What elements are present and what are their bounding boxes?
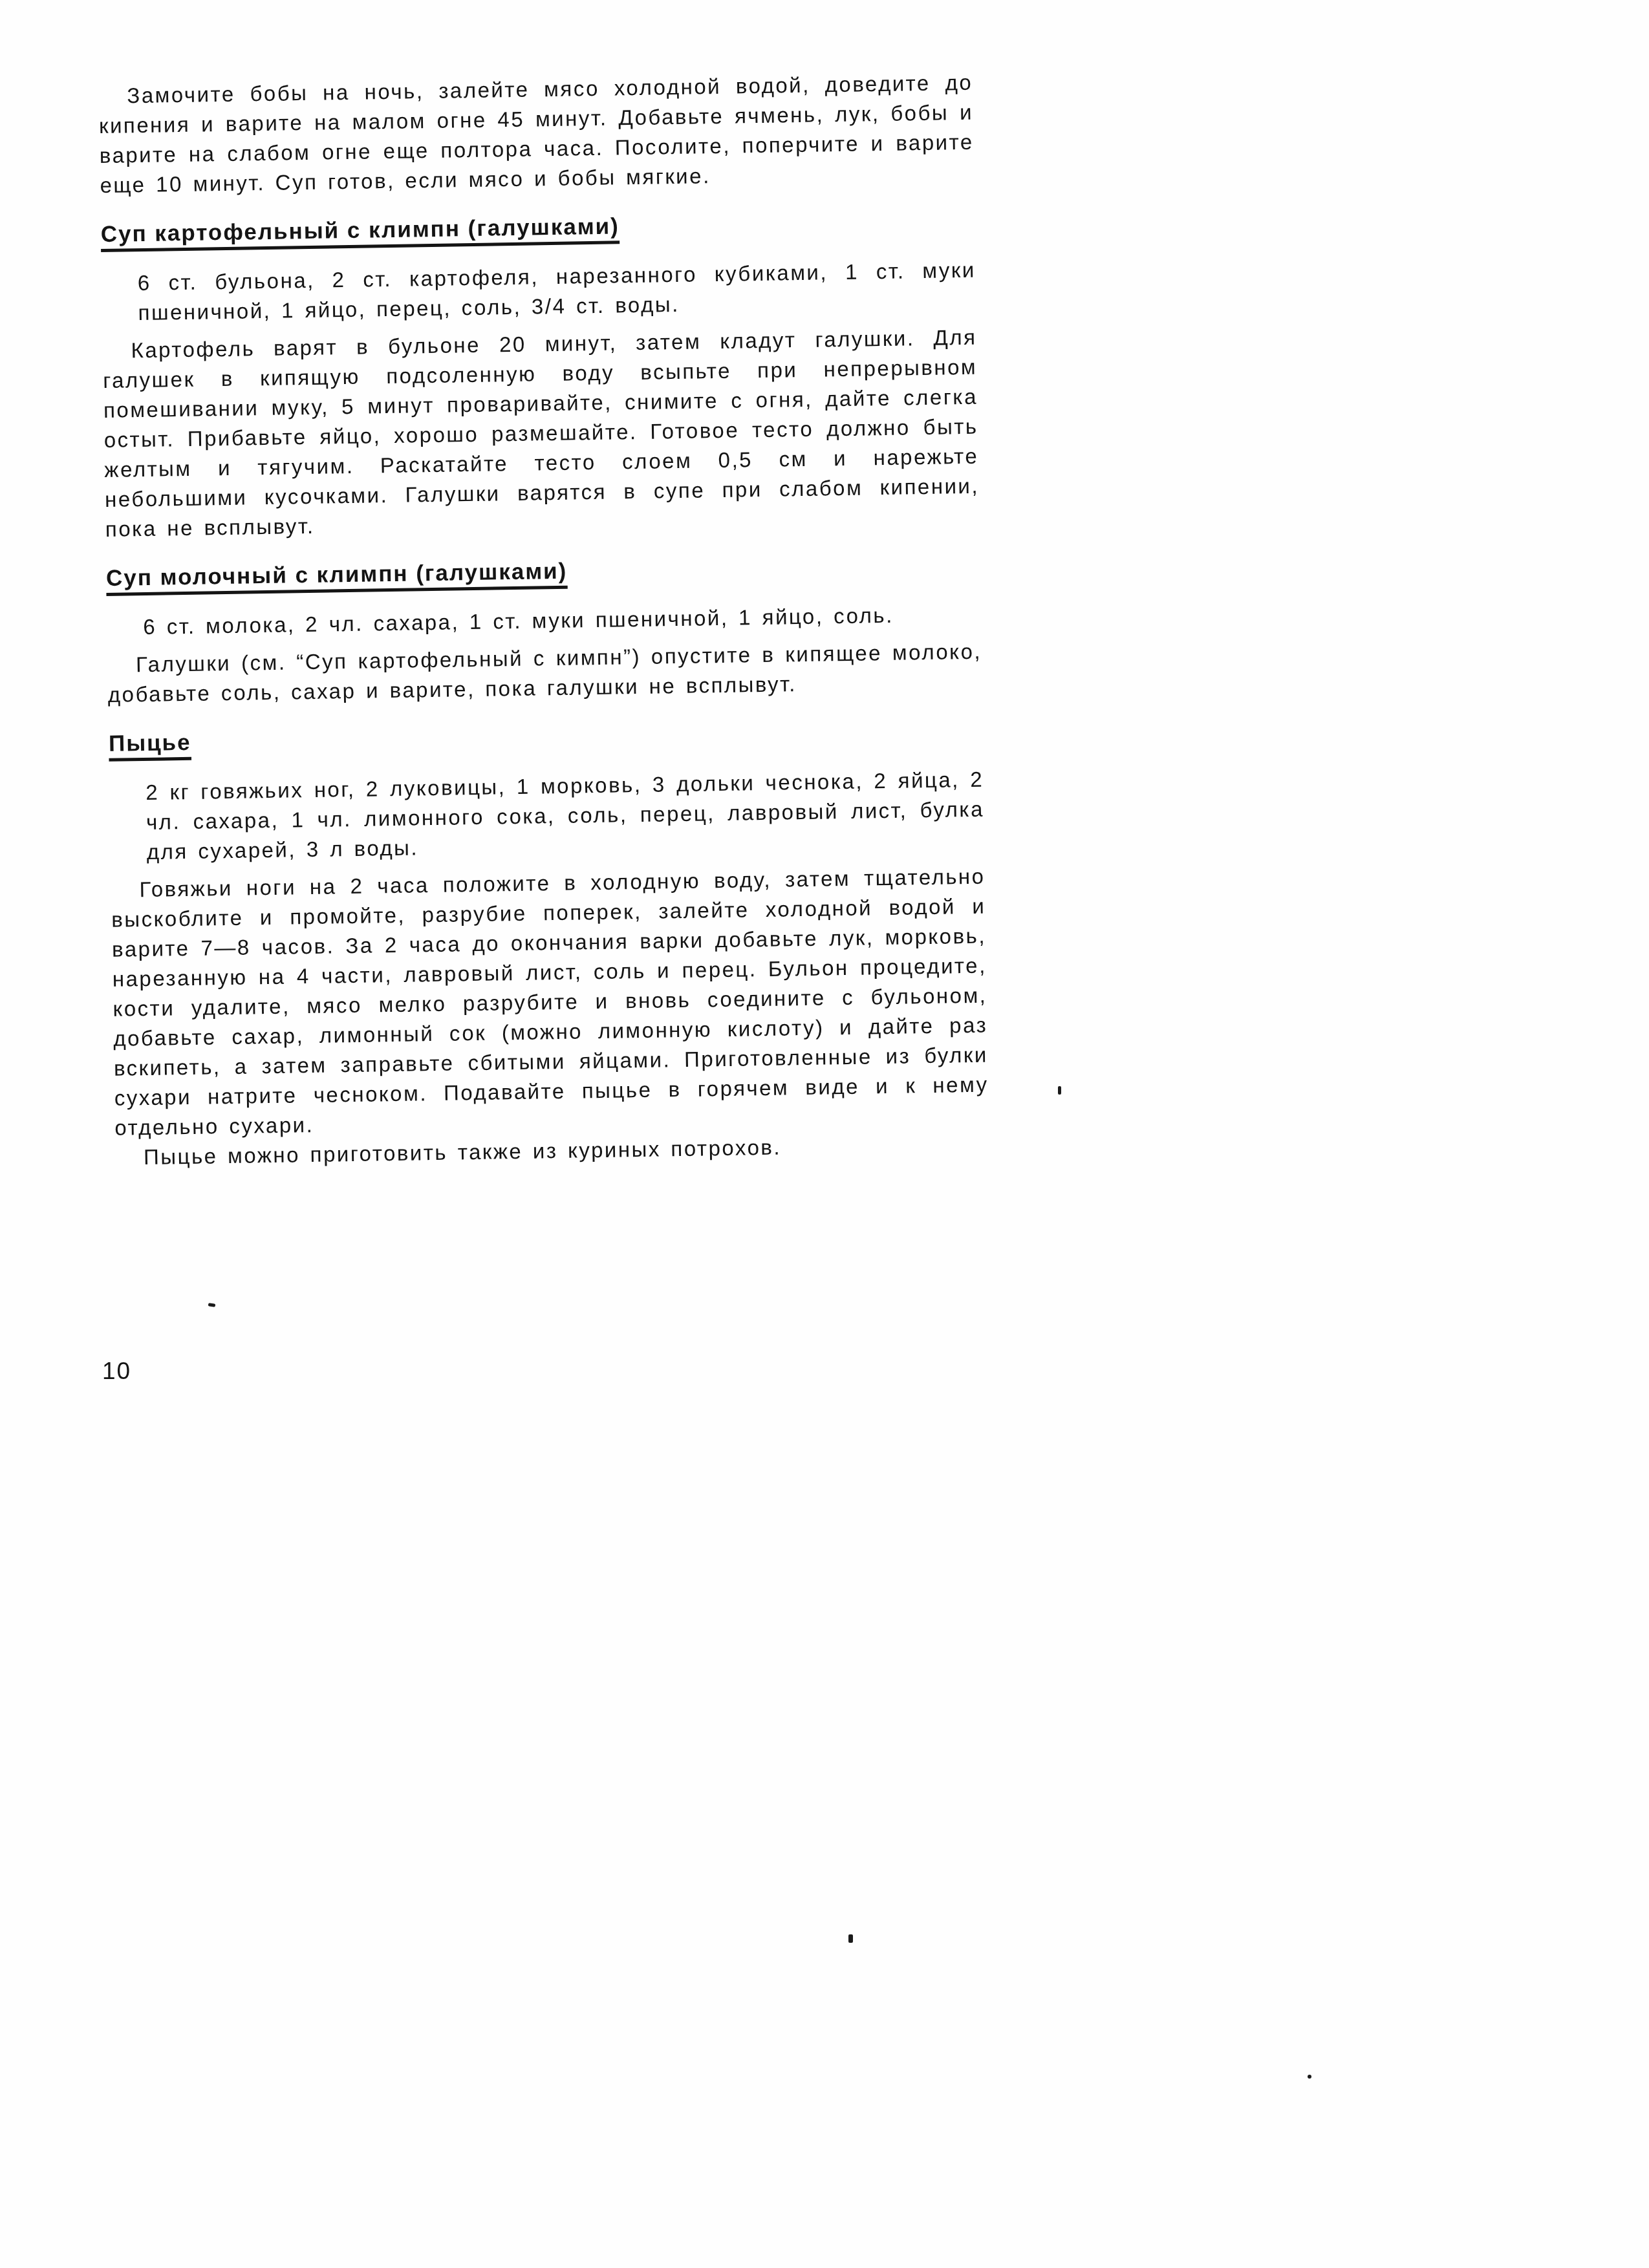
heading-milk-soup-label: Суп молочный с климпн (галушками) <box>106 559 568 591</box>
paragraph-potato-soup-instructions: Картофель варят в бульоне 20 минут, зате… <box>102 323 980 544</box>
heading-potato-soup-label: Суп картофельный с климпн (галушками) <box>100 213 620 247</box>
paragraph-pytsye-instructions: Говяжьи ноги на 2 часа положите в холодн… <box>111 862 989 1143</box>
scan-speck <box>208 1303 216 1307</box>
ingredients-potato-soup: 6 ст. бульона, 2 ст. картофеля, нарезанн… <box>138 255 976 328</box>
heading-milk-soup-with-klimpn: Суп молочный с климпн (галушками) <box>106 550 981 594</box>
heading-pytsye: Пыцье <box>109 716 984 759</box>
text-column: Замочите бобы на ночь, залейте мясо холо… <box>98 68 989 1173</box>
heading-pytsye-label: Пыцье <box>109 730 191 756</box>
paragraph-milk-soup-instructions: Галушки (см. “Суп картофельный с кимпн”)… <box>107 637 982 710</box>
page-number: 10 <box>102 1358 131 1385</box>
paragraph-bean-soup-instructions: Замочите бобы на ночь, залейте мясо холо… <box>98 68 975 200</box>
scan-speck <box>848 1934 853 1943</box>
scan-speck <box>1058 1086 1061 1095</box>
ingredients-pytsye: 2 кг говяжьих ног, 2 луковицы, 1 морковь… <box>145 765 985 867</box>
scan-speck <box>1308 2075 1311 2079</box>
scanned-cookbook-page: Замочите бобы на ночь, залейте мясо холо… <box>0 0 1649 2268</box>
heading-potato-soup-with-klimpn: Суп картофельный с климпн (галушками) <box>100 206 975 250</box>
ingredients-milk-soup: 6 ст. молока, 2 чл. сахара, 1 ст. муки п… <box>143 599 982 642</box>
